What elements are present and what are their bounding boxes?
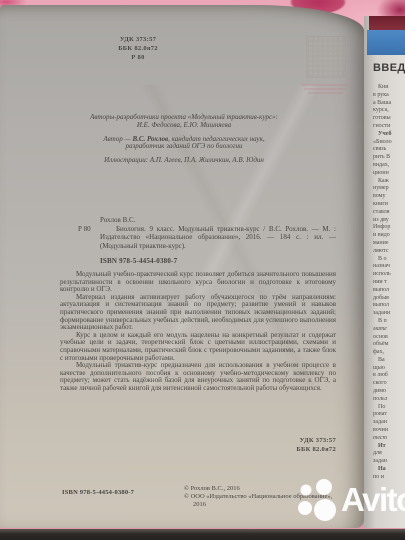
avito-logo-icon — [294, 477, 338, 523]
udk-line: Р 80 — [76, 53, 200, 62]
truncated-text-line: ляютс — [373, 248, 405, 256]
truncated-text-column: Книв рукаа Вашакурса,готовыгностиУчеб«Би… — [373, 84, 405, 504]
truncated-text-line: На — [373, 466, 405, 474]
udk-line: ББК 82.0я72 — [296, 445, 336, 454]
truncated-text-line: объём — [373, 341, 405, 349]
biblio-code: Р 80 — [78, 225, 91, 234]
truncated-text-line: ского — [373, 380, 405, 388]
truncated-text-line: в люб — [373, 372, 405, 380]
right-page: ВВЕД Книв рукаа Вашакурса,готовыгностиУч… — [364, 16, 405, 528]
biblio-entry: Биология. 9 класс. Модульный триактив-ку… — [100, 225, 336, 251]
biblio-author-header: Рохлов В.С. — [100, 216, 336, 225]
truncated-text-line: выпол — [373, 302, 405, 310]
truncated-text-line: тест — [373, 435, 405, 443]
book-photo: ВВЕД Книв рукаа Вашакурса,готовыгностиУч… — [0, 0, 405, 540]
truncated-text-line: В п — [373, 318, 405, 326]
authors-block: Авторы-разработчики проекта «Модульный т… — [38, 114, 330, 165]
truncated-text-line: польз — [373, 396, 405, 404]
truncated-text-line: ставля — [373, 209, 405, 217]
truncated-text-line: видах, — [373, 162, 405, 170]
truncated-text-line: «Биоло — [373, 139, 405, 147]
project-authors-line2: И.Е. Федосова, Е.Ю. Мишняева — [38, 122, 330, 130]
truncated-text-line: гности — [373, 123, 405, 131]
truncated-text-line: Кни — [373, 84, 405, 92]
truncated-text-line: связь — [373, 146, 405, 154]
annotation-paragraph: Модульный триактив-курс предназначен для… — [60, 362, 336, 392]
truncated-text-line: готовы — [373, 115, 405, 123]
page-top-blue-band — [367, 30, 405, 55]
truncated-text-line: и видо — [373, 232, 405, 240]
truncated-text-line: а Ваша — [373, 100, 405, 108]
truncated-text-line: Ва — [373, 357, 405, 365]
illustrations-line: Иллюстрации: А.П. Агеев, П.А. Жиличкин, … — [38, 157, 330, 165]
truncated-text-line: задан — [373, 419, 405, 427]
truncated-text-line: Каж — [373, 178, 405, 186]
avito-watermark: Avito — [294, 477, 405, 523]
truncated-text-line: добыв — [373, 295, 405, 303]
author-name: В.С. Рохлов — [132, 135, 168, 143]
truncated-text-line: исполь — [373, 271, 405, 279]
truncated-text-line: ционн — [373, 170, 405, 178]
imprint-page: УДК 373:57ББК 82.0я72Р 80 Авторы-разрабо… — [0, 5, 364, 528]
annotation-paragraph: Модульный учебно-практический курс позво… — [60, 271, 336, 294]
page-top-red-strip — [369, 16, 405, 30]
stamp-text-lines — [299, 82, 351, 96]
truncated-text-line: в рука — [373, 92, 405, 100]
table-edge-shadow — [0, 529, 405, 540]
truncated-text-line: мание — [373, 240, 405, 248]
truncated-text-line: мате — [373, 326, 405, 334]
truncated-text-line: нумер — [373, 185, 405, 193]
truncated-text-line: выпол — [373, 287, 405, 295]
truncated-text-line: Учеб — [373, 131, 405, 139]
truncated-text-line: Инфор — [373, 224, 405, 232]
truncated-text-line: книги — [373, 201, 405, 209]
truncated-text-line: курса, — [373, 107, 405, 115]
truncated-text-line: назнач — [373, 263, 405, 271]
udk-line: УДК 373:57 — [76, 35, 200, 44]
bibliographic-record: Р 80 Рохлов В.С. Биология. 9 класс. Моду… — [78, 216, 336, 250]
isbn-line: ISBN 978-5-4454-0380-7 — [100, 257, 177, 265]
annotation-paragraph: Курс в целом и каждый его модуль нацелен… — [60, 332, 336, 362]
truncated-text-line: В о — [373, 256, 405, 264]
footer-isbn: ISBN 978-5-4454-0380-7 — [62, 489, 134, 496]
annotation-block: Модульный учебно-практический курс позво… — [60, 271, 336, 393]
truncated-text-line: димо — [373, 388, 405, 396]
truncated-text-line: Ит — [373, 443, 405, 451]
truncated-text-line: вому — [373, 193, 405, 201]
udk-classification-top: УДК 373:57ББК 82.0я72Р 80 — [76, 35, 200, 62]
truncated-text-line: задан — [373, 458, 405, 466]
stamp-watermark — [306, 36, 346, 78]
truncated-text-line: вочни — [373, 427, 405, 435]
truncated-text-line: для — [373, 450, 405, 458]
author-line2: разработчик заданий ОГЭ по биологии — [38, 143, 330, 151]
udk-classification-bottom: УДК 373:57ББК 82.0я72 — [296, 436, 336, 454]
introduction-heading: ВВЕД — [373, 62, 405, 74]
truncated-text-line: задани — [373, 310, 405, 318]
truncated-text-line: По — [373, 404, 405, 412]
truncated-text-line: рить В — [373, 154, 405, 162]
udk-line: УДК 373:57 — [296, 436, 336, 445]
truncated-text-line: роват — [373, 411, 405, 419]
avito-wordmark: Avito — [341, 481, 405, 519]
truncated-text-line: фах, — [373, 349, 405, 357]
annotation-paragraph: Материал издания активизирует работу обу… — [60, 294, 336, 332]
truncated-text-line: нии т — [373, 279, 405, 287]
udk-line: ББК 82.0я72 — [76, 44, 200, 53]
